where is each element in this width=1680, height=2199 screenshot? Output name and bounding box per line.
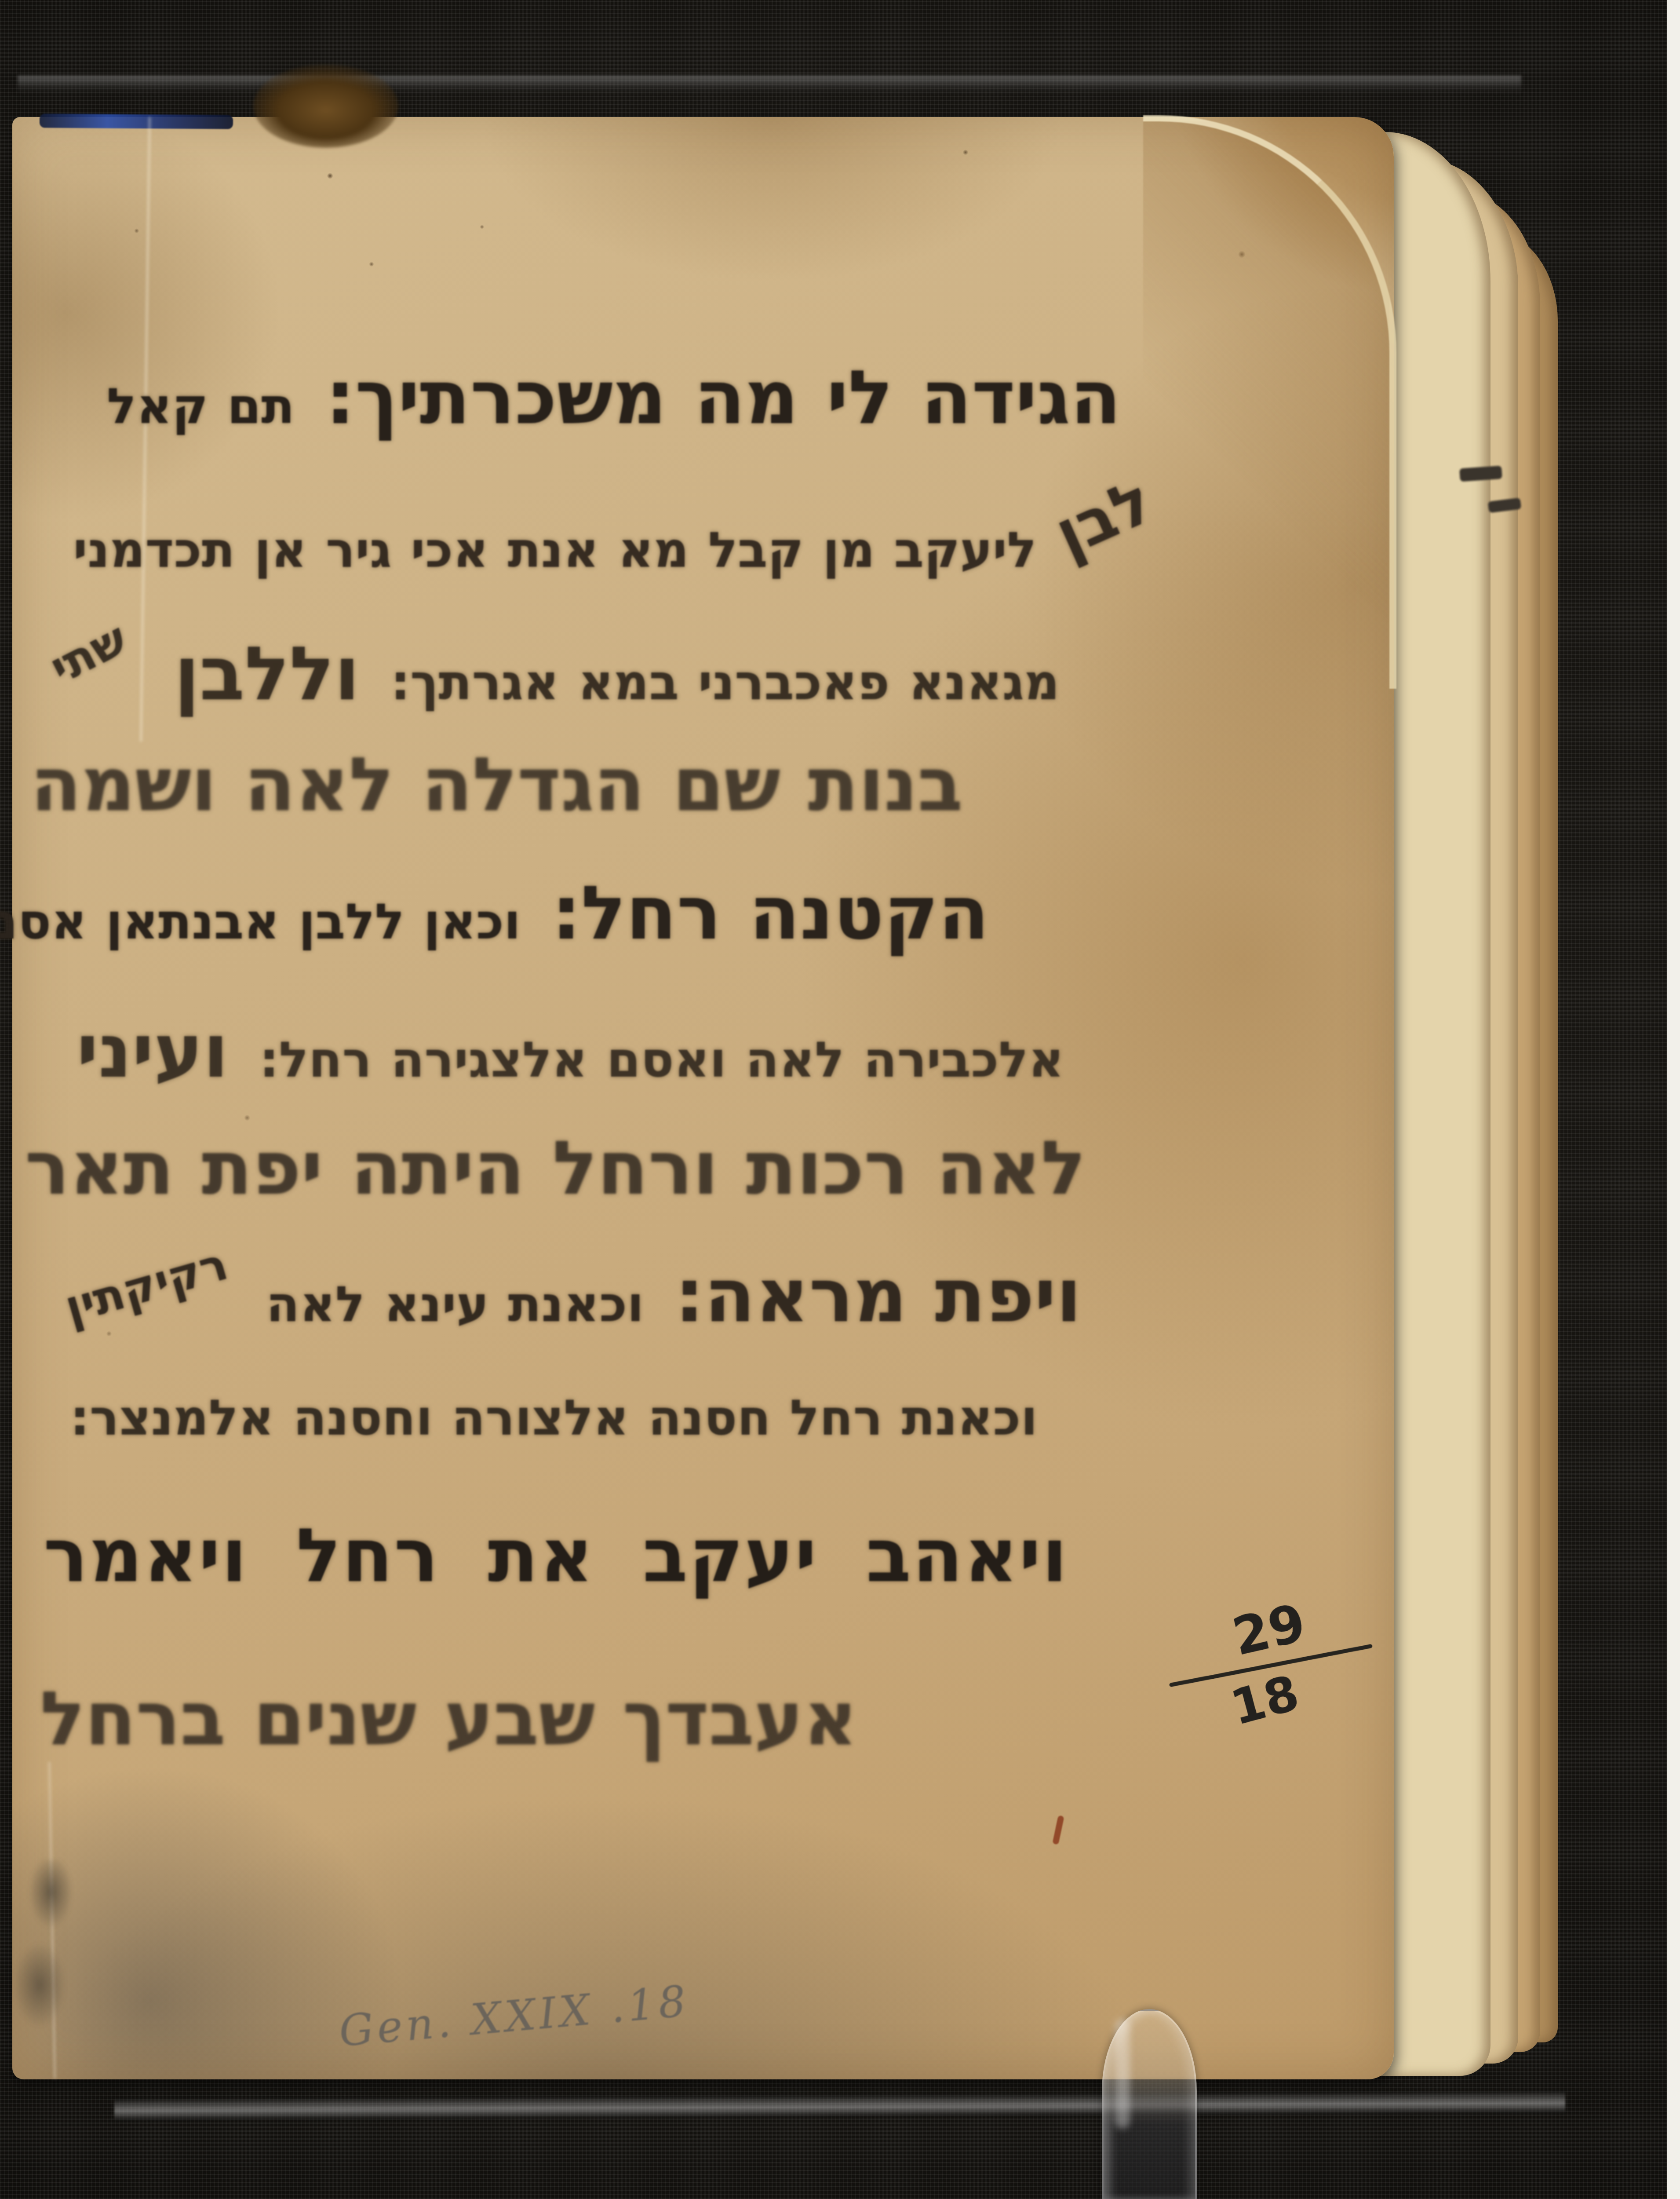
manuscript-text-segment: שתי: [42, 613, 135, 695]
manuscript-line: מגאנא פאכברני במא אגרתך:וללבןשתי: [65, 631, 1060, 717]
manuscript-text-segment: הגידה לי מה משכרתיך:: [325, 354, 1121, 441]
manuscript-text-segment: הקטנה רחל:: [551, 870, 989, 956]
manuscript-text-segment: ליעקב מן קבל מא אנת אכי גיר אן תכדמני: [73, 522, 1037, 579]
curled-page-corner: [1143, 115, 1396, 689]
manuscript-line: לאה רכות ורחל היתה יפת תאר: [25, 1125, 1086, 1211]
manuscript-line: אלכבירה לאה ואסם אלצגירה רחל:ועיני: [77, 1008, 1064, 1094]
margin-verse-reference: 29 18: [1189, 1600, 1357, 1737]
page-stack-leaf: [1381, 132, 1490, 2076]
manuscript-text-segment: לאה רכות ורחל היתה יפת תאר: [25, 1125, 1086, 1211]
pencil-caption: Gen. XXIX .18: [337, 1976, 692, 2057]
manuscript-text-segment: ועיני: [77, 1008, 229, 1094]
manuscript-line: ויאהב יעקב את רחל ויאמר: [44, 1510, 1068, 1600]
manuscript-text-segment: רקיקתין: [59, 1238, 233, 1334]
manuscript-text-segment: מגאנא פאכברני במא אגרתך:: [390, 654, 1060, 711]
manuscript-text-segment: תם קאל: [107, 378, 295, 435]
manuscript-page: הגידה לי מה משכרתיך:תם קאללבןליעקב מן קב…: [12, 117, 1394, 2079]
chapter-number: 29: [1227, 1592, 1311, 1667]
manuscript-text-segment: ויאהב יעקב את רחל ויאמר: [44, 1512, 1068, 1599]
cover-board-edge-top: [18, 76, 1521, 96]
ink-smudge: [10, 1859, 84, 2062]
manuscript-line: וכאנת רחל חסנה אלצורה וחסנה אלמנצר:: [70, 1390, 1038, 1447]
manuscript-line: לבןליעקב מן קבל מא אנת אכי גיר אן תכדמני: [73, 509, 1165, 582]
binding-thread: [40, 113, 233, 129]
manuscript-line: אעבדך שבע שנים ברחל: [40, 1676, 857, 1762]
verse-number: 18: [1225, 1664, 1305, 1736]
manuscript-text-segment: וכאנת עינא לאה: [266, 1276, 644, 1333]
manuscript-text-segment: אעבדך שבע שנים ברחל: [40, 1676, 857, 1762]
manuscript-text-segment: ויפת מראה:: [675, 1253, 1082, 1339]
manuscript-text-segment: וכאנת רחל חסנה אלצורה וחסנה אלמנצר:: [70, 1390, 1038, 1447]
manuscript-line: הקטנה רחל:וכאן ללבן אבנתאן אסם: [0, 870, 989, 956]
manuscript-text-segment: וכאן ללבן אבנתאן אסם: [0, 894, 521, 950]
manuscript-text-segment: וללבן: [174, 631, 360, 717]
binding-damage-blob: [253, 64, 398, 148]
manuscript-text-segment: אלכבירה לאה ואסם אלצגירה רחל:: [259, 1032, 1064, 1089]
manuscript-line: ויפת מראה:וכאנת עינא לאהרקיקתין: [69, 1253, 1082, 1339]
glass-page-weight: [1102, 2009, 1197, 2199]
red-ink-mark: [1052, 1815, 1064, 1845]
manuscript-line: בנות שם הגדלה לאה ושמה: [31, 742, 963, 828]
manuscript-line: הגידה לי מה משכרתיך:תם קאל: [107, 354, 1121, 441]
manuscript-text-segment: בנות שם הגדלה לאה ושמה: [31, 742, 963, 828]
